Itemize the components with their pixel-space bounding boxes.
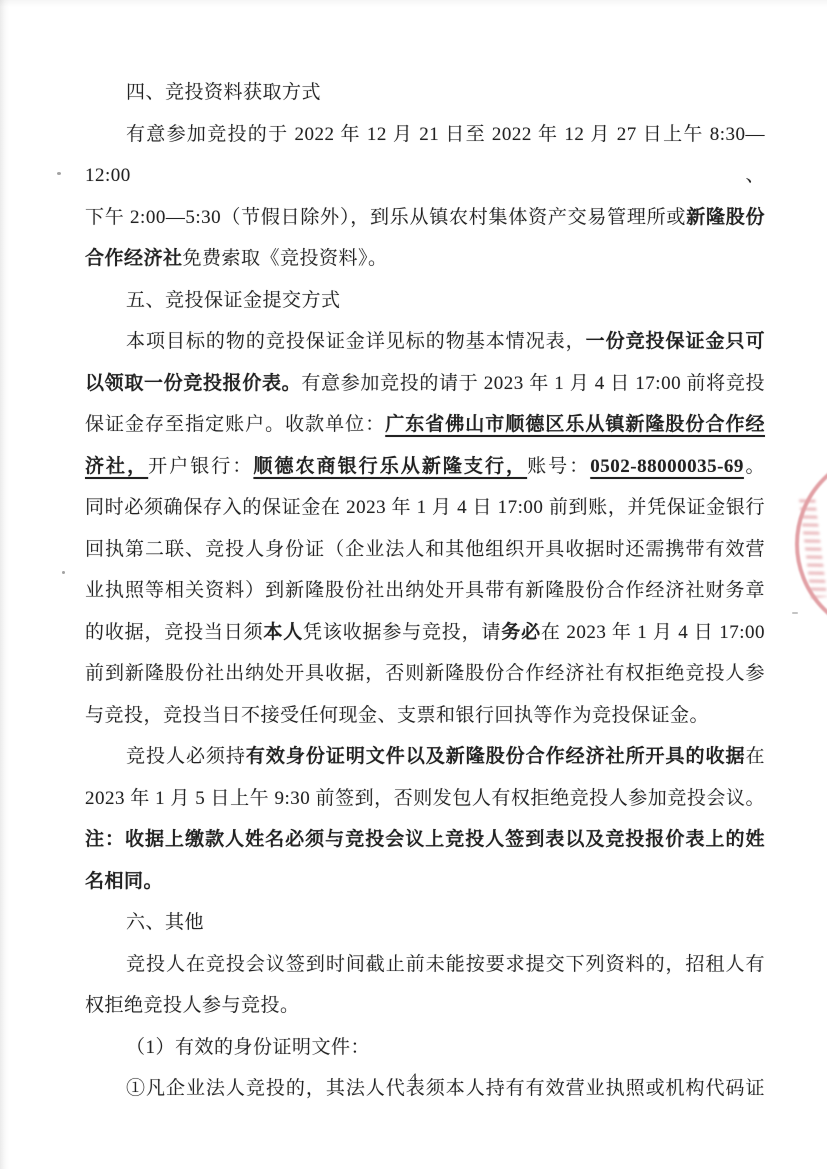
text-line: （1）有效的身份证明文件： (85, 1027, 765, 1069)
text-segment: 有效身份证明文件以及新隆股份合作经济社所开具的收据 (246, 746, 746, 767)
text-segment: 顺德农商银行乐从新隆支行， (253, 456, 527, 477)
text-segment: 竞投人在竞投会议签到时间截止前未能按要求提交下列资料的，招租人有 (126, 954, 765, 975)
text-segment: 本项目标的物的竞投保证金详见标的物基本情况表， (126, 331, 586, 352)
text-segment: 新隆股份 (686, 207, 765, 228)
text-segment: 有意参加竞投的请于 2023 年 1 月 4 日 17:00 前将竞投 (301, 373, 765, 394)
section-heading: 六、其他 (85, 902, 765, 944)
text-segment: 2023 年 1 月 5 日上午 9:30 前签到，否则发包人有权拒绝竞投人参加… (85, 788, 765, 809)
scan-speck (792, 612, 798, 614)
text-segment: 以领取一份竞投报价表。 (85, 373, 301, 394)
text-line: 权拒绝竞投人参与竞投。 (85, 985, 765, 1027)
text-segment: 账号： (527, 456, 590, 477)
text-segment: 的收据，竞投当日须 (85, 622, 263, 643)
text-segment: 济社， (85, 456, 148, 477)
text-segment: 。 (744, 456, 765, 477)
text-segment: 在 2023 年 1 月 4 日 17:00 (541, 622, 765, 643)
text-segment: 与竞投，竞投当日不接受任何现金、支票和银行回执等作为竞投保证金。 (85, 705, 709, 726)
scan-edge-shadow-left (0, 0, 9, 1169)
text-line: 济社，开户银行：顺德农商银行乐从新隆支行，账号：0502-88000035-69… (85, 446, 765, 488)
text-segment: 一份竞投保证金只可 (586, 331, 765, 352)
text-segment: 开户银行： (148, 456, 253, 477)
text-segment: 保证金存至指定账户。收款单位： (85, 414, 385, 435)
text-line: 的收据，竞投当日须本人凭该收据参与竞投，请务必在 2023 年 1 月 4 日 … (85, 612, 765, 654)
text-line: 本项目标的物的竞投保证金详见标的物基本情况表，一份竞投保证金只可 (85, 321, 765, 363)
text-line: 竞投人必须持有效身份证明文件以及新隆股份合作经济社所开具的收据在 (85, 736, 765, 778)
section-heading: 五、竞投保证金提交方式 (85, 280, 765, 322)
document-page: 四、竞投资料获取方式有意参加竞投的于 2022 年 12 月 21 日至 202… (0, 0, 827, 1169)
text-segment: 广东省佛山市顺德区乐从镇新隆股份合作经 (385, 414, 765, 435)
text-line: 与竞投，竞投当日不接受任何现金、支票和银行回执等作为竞投保证金。 (85, 695, 765, 737)
text-segment: 在 (745, 746, 765, 767)
scan-speck (62, 571, 65, 574)
text-line: 注：收据上缴款人姓名必须与竞投会议上竞投人签到表以及竞投报价表上的姓 (85, 819, 765, 861)
scan-speck (57, 172, 61, 175)
text-segment: 四、竞投资料获取方式 (126, 82, 321, 103)
scan-edge-shadow-top (0, 0, 827, 7)
text-segment: 同时必须确保存入的保证金在 2023 年 1 月 4 日 17:00 前到账，并… (85, 497, 765, 518)
text-line: 同时必须确保存入的保证金在 2023 年 1 月 4 日 17:00 前到账，并… (85, 487, 765, 529)
text-segment: 六、其他 (126, 912, 204, 933)
text-segment: 合作经济社 (85, 248, 183, 269)
red-seal-stamp (795, 450, 827, 638)
text-line: 前到新隆股份社出纳处开具收据，否则新隆股份合作经济社有权拒绝竞投人参 (85, 653, 765, 695)
text-segment: 权拒绝竞投人参与竞投。 (85, 995, 300, 1016)
text-segment: 务必 (501, 622, 541, 643)
stamp-text-marks (799, 495, 827, 598)
text-line: 2023 年 1 月 5 日上午 9:30 前签到，否则发包人有权拒绝竞投人参加… (85, 778, 765, 820)
text-segment: 回执第二联、竞投人身份证（企业法人和其他组织开具收据时还需携带有效营 (85, 539, 765, 560)
text-segment: 五、竞投保证金提交方式 (126, 290, 341, 311)
text-line: 回执第二联、竞投人身份证（企业法人和其他组织开具收据时还需携带有效营 (85, 529, 765, 571)
text-segment: 竞投人必须持 (126, 746, 246, 767)
text-line: 下午 2:00—5:30（节假日除外），到乐从镇农村集体资产交易管理所或新隆股份 (85, 197, 765, 239)
page-number: 4 (0, 1071, 827, 1088)
text-segment: 凭该收据参与竞投，请 (303, 622, 501, 643)
text-segment: 前到新隆股份社出纳处开具收据，否则新隆股份合作经济社有权拒绝竞投人参 (85, 663, 765, 684)
text-line: 保证金存至指定账户。收款单位：广东省佛山市顺德区乐从镇新隆股份合作经 (85, 404, 765, 446)
document-text: 四、竞投资料获取方式有意参加竞投的于 2022 年 12 月 21 日至 202… (85, 72, 765, 1110)
text-line: 名相同。 (85, 861, 765, 903)
text-segment: 本人 (263, 622, 303, 643)
text-line: 合作经济社免费索取《竞投资料》。 (85, 238, 765, 280)
text-segment: 免费索取《竞投资料》。 (183, 248, 388, 269)
section-heading: 四、竞投资料获取方式 (85, 72, 765, 114)
text-segment: （1）有效的身份证明文件： (126, 1037, 370, 1058)
text-line: 以领取一份竞投报价表。有意参加竞投的请于 2023 年 1 月 4 日 17:0… (85, 363, 765, 405)
text-segment: 名相同。 (85, 871, 163, 892)
text-line: 有意参加竞投的于 2022 年 12 月 21 日至 2022 年 12 月 2… (85, 114, 765, 197)
text-line: 竞投人在竞投会议签到时间截止前未能按要求提交下列资料的，招租人有 (85, 944, 765, 986)
text-segment: 0502-88000035-69 (590, 456, 744, 477)
text-segment: 业执照等相关资料）到新隆股份社出纳处开具带有新隆股份合作经济社财务章 (85, 580, 765, 601)
text-segment: 下午 2:00—5:30（节假日除外），到乐从镇农村集体资产交易管理所或 (85, 207, 686, 228)
text-segment: 注：收据上缴款人姓名必须与竞投会议上竞投人签到表以及竞投报价表上的姓 (85, 829, 765, 850)
text-line: 业执照等相关资料）到新隆股份社出纳处开具带有新隆股份合作经济社财务章 (85, 570, 765, 612)
text-segment: 有意参加竞投的于 2022 年 12 月 21 日至 2022 年 12 月 2… (85, 124, 765, 187)
